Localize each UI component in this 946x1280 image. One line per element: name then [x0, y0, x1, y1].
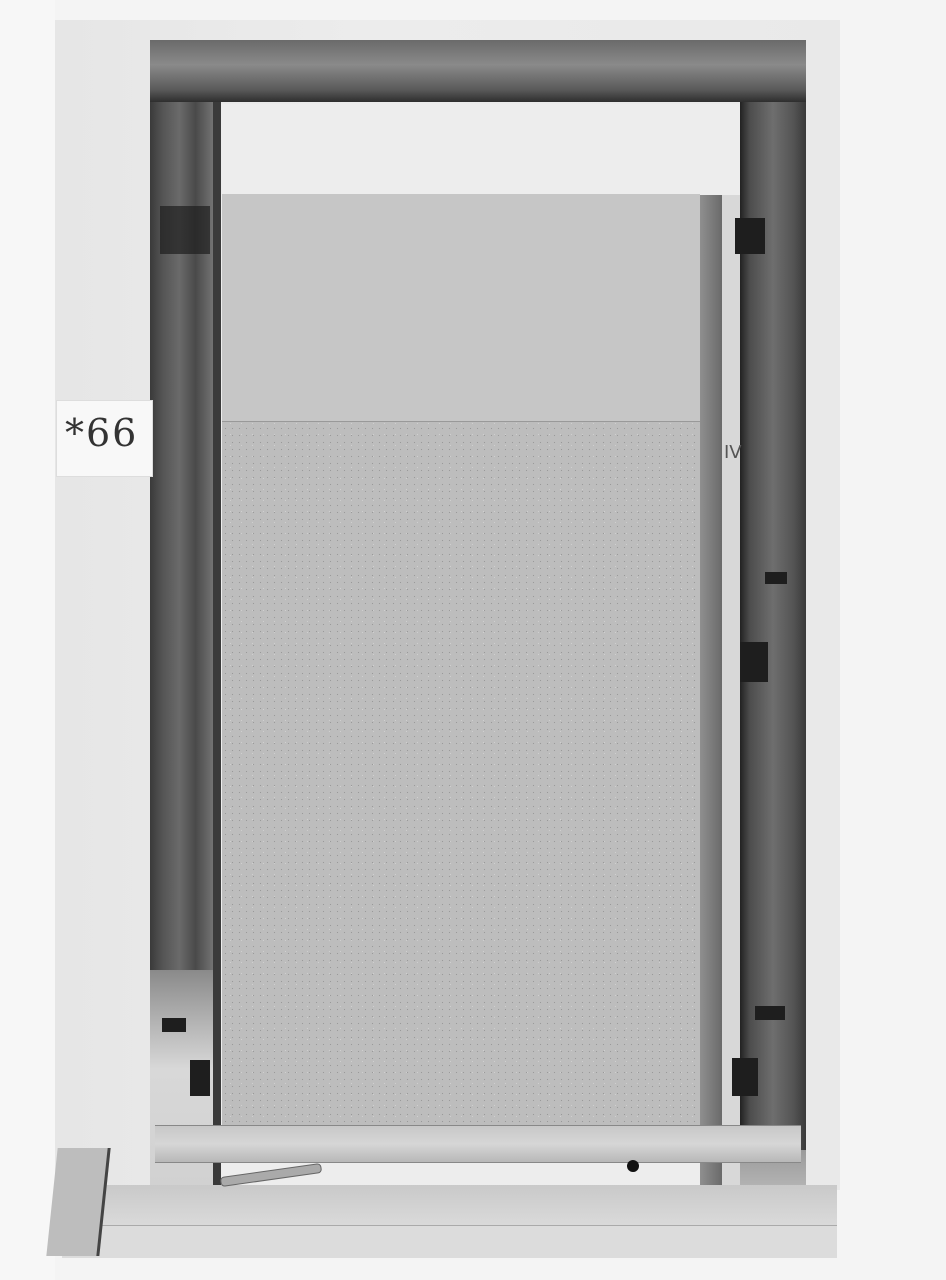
background-margin: [0, 0, 55, 1280]
wood-strip: [700, 195, 722, 1190]
frame-marking: IV: [724, 442, 742, 463]
lintel: [150, 40, 806, 102]
loose-plank: [46, 1148, 110, 1256]
hinge-icon: [755, 1006, 785, 1020]
hinge-icon: [160, 206, 210, 254]
hinge-icon: [735, 218, 765, 254]
hole-mark: [627, 1160, 639, 1172]
gap-strip: [722, 195, 740, 1190]
hinge-icon: [740, 642, 768, 682]
label-text: *66: [65, 411, 138, 455]
left-inner-edge: [213, 100, 221, 1200]
inventory-label: *66: [56, 400, 153, 477]
hinge-icon: [162, 1018, 186, 1032]
floor-board: [62, 1225, 837, 1258]
bottom-crossbar: [155, 1125, 801, 1163]
fiberboard-panel-upper: [222, 194, 700, 422]
hinge-icon: [765, 572, 787, 584]
hinge-icon: [190, 1060, 210, 1096]
hinge-icon: [732, 1058, 758, 1096]
